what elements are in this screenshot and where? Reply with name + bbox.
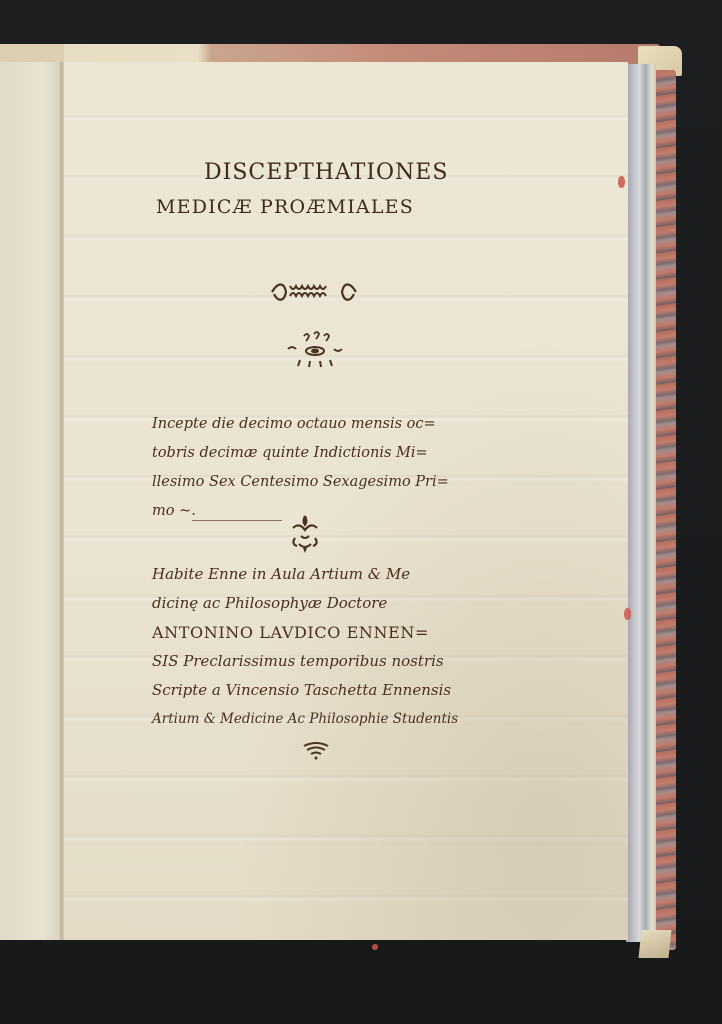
title-line-1: DISCEPTHATIONES <box>204 160 448 185</box>
incipit-line: tobris decimæ quinte Indictionis Mi= <box>152 439 522 468</box>
scroll-flourish-icon <box>268 280 360 309</box>
attribution-line: Habite Enne in Aula Artium & Me <box>152 560 522 589</box>
incipit-line: mo ~. <box>152 497 522 526</box>
page-block-edge <box>626 64 656 942</box>
incipit-paragraph: Incepte die decimo octauo mensis oc= tob… <box>152 410 522 526</box>
red-stain-mark <box>372 944 378 950</box>
marbled-fore-edge <box>654 70 676 950</box>
red-stain-mark <box>624 608 631 620</box>
fan-tailpiece-icon <box>302 742 330 764</box>
binding-corner-bottom <box>639 930 672 958</box>
attribution-author-name: ANTONINO LAVDICO ENNEN= <box>152 618 522 647</box>
title-line-2: MEDICÆ PROÆMIALES <box>156 196 414 218</box>
attribution-paragraph: Habite Enne in Aula Artium & Me dicinę a… <box>152 560 522 734</box>
attribution-line: SIS Preclarissimus temporibus nostris <box>152 647 522 676</box>
cover-tab <box>0 44 64 64</box>
incipit-line: Incepte die decimo octauo mensis oc= <box>152 410 522 439</box>
attribution-line: dicinę ac Philosophyæ Doctore <box>152 589 522 618</box>
book-cover-top-edge <box>0 44 660 64</box>
attribution-line: Artium & Medicine Ac Philosophie Student… <box>152 705 522 734</box>
eye-sun-emblem-icon <box>282 330 348 370</box>
attribution-line: Scripte a Vincensio Taschetta Ennensis <box>152 676 522 705</box>
verso-page <box>0 62 62 940</box>
incipit-line: llesimo Sex Centesimo Sexagesimo Pri= <box>152 468 522 497</box>
red-stain-mark <box>618 176 625 188</box>
